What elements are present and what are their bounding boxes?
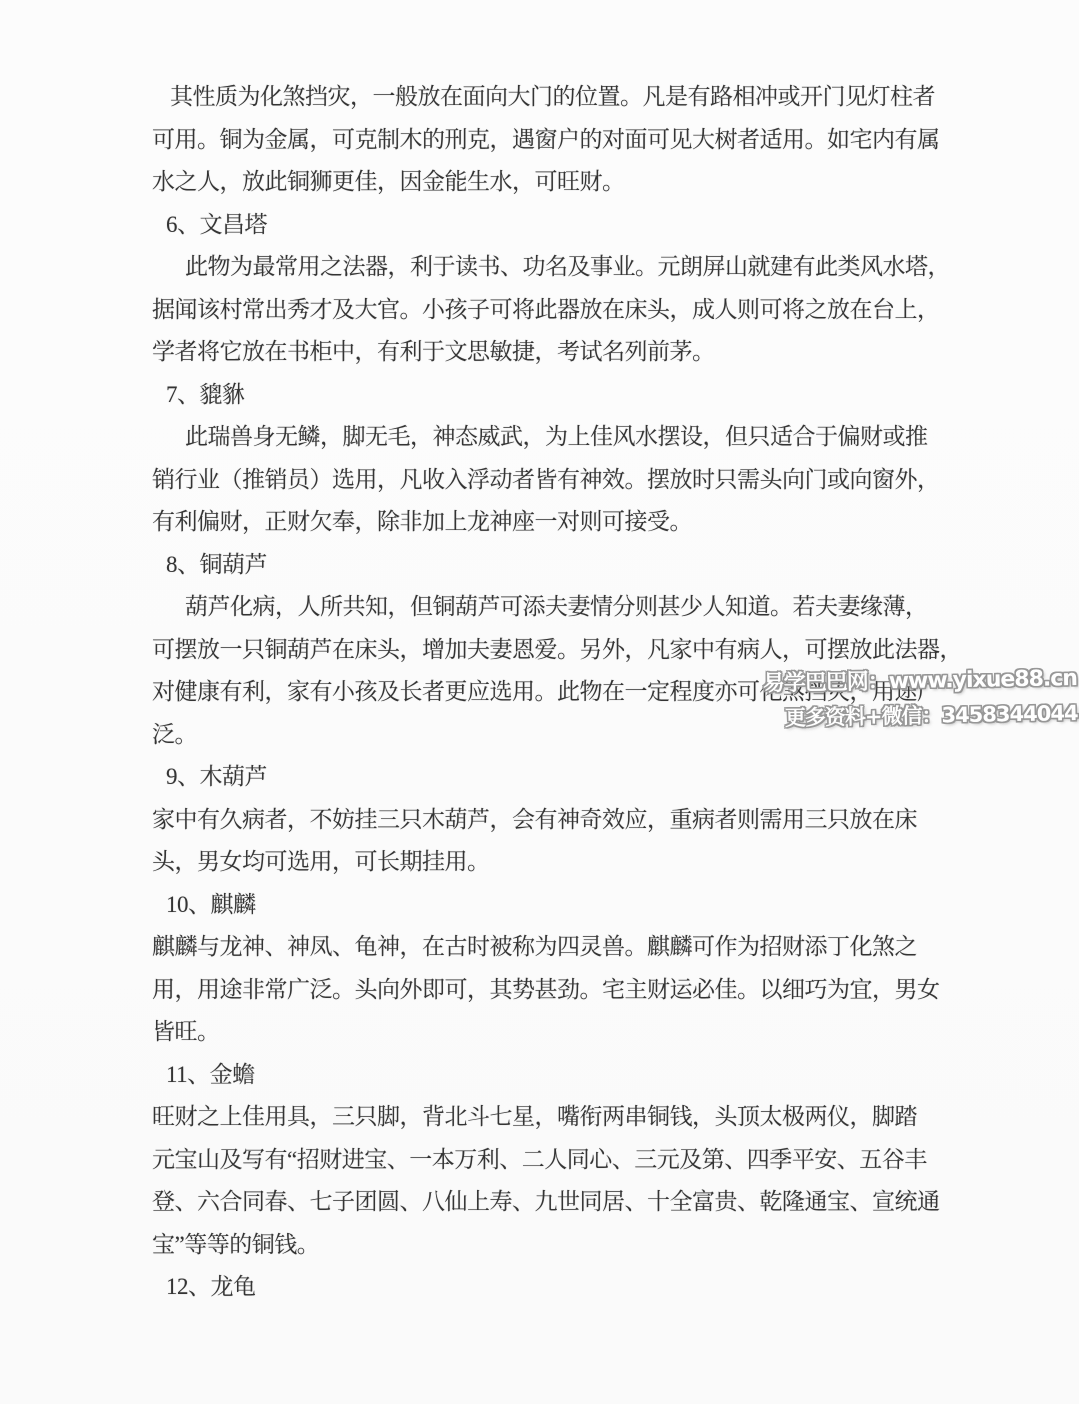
paragraph-line: 水之人，放此铜狮更佳，因金能生水，可旺财。 [152, 161, 1012, 204]
paragraph-line: 用，用途非常广泛。头向外即可，其势甚劲。宅主财运必佳。以细巧为宜，男女 [152, 969, 1012, 1012]
section-heading-jinchan: 11、金蟾 [152, 1054, 1012, 1097]
paragraph-line: 皆旺。 [152, 1011, 1012, 1054]
paragraph-line: 头，男女均可选用，可长期挂用。 [152, 841, 1012, 884]
paragraph-line: 其性质为化煞挡灾，一般放在面向大门的位置。凡是有路相冲或开门见灯柱者 [152, 76, 1012, 119]
section-heading-qilin: 10、麒麟 [152, 884, 1012, 927]
paragraph-line: 可摆放一只铜葫芦在床头，增加夫妻恩爱。另外，凡家中有病人，可摆放此法器， [152, 629, 1012, 672]
paragraph-line: 可用。铜为金属，可克制木的刑克，遇窗户的对面可见大树者适用。如宅内有属 [152, 119, 1012, 162]
paragraph-line: 家中有久病者，不妨挂三只木葫芦，会有神奇效应，重病者则需用三只放在床 [152, 799, 1012, 842]
section-heading-wenchangta: 6、文昌塔 [152, 204, 1012, 247]
paragraph-line: 宝”等等的铜钱。 [152, 1224, 1012, 1267]
paragraph-line: 对健康有利，家有小孩及长者更应选用。此物在一定程度亦可化煞挡灾，用途广 [152, 671, 1012, 714]
paragraph-line: 泛。 [152, 714, 1012, 757]
paragraph-line: 此瑞兽身无鳞，脚无毛，神态威武，为上佳风水摆设，但只适合于偏财或推 [152, 416, 1012, 459]
paragraph-line: 销行业（推销员）选用，凡收入浮动者皆有神效。摆放时只需头向门或向窗外， [152, 459, 1012, 502]
document-body: 其性质为化煞挡灾，一般放在面向大门的位置。凡是有路相冲或开门见灯柱者 可用。铜为… [152, 76, 1012, 1309]
document-page: 其性质为化煞挡灾，一般放在面向大门的位置。凡是有路相冲或开门见灯柱者 可用。铜为… [0, 0, 1079, 1404]
paragraph-line: 据闻该村常出秀才及大官。小孩子可将此器放在床头，成人则可将之放在台上， [152, 289, 1012, 332]
paragraph-line: 麒麟与龙神、神凤、龟神，在古时被称为四灵兽。麒麟可作为招财添丁化煞之 [152, 926, 1012, 969]
paragraph-line: 此物为最常用之法器，利于读书、功名及事业。元朗屏山就建有此类风水塔， [152, 246, 1012, 289]
section-heading-muhulu: 9、木葫芦 [152, 756, 1012, 799]
paragraph-line: 登、六合同春、七子团圆、八仙上寿、九世同居、十全富贵、乾隆通宝、宣统通 [152, 1181, 1012, 1224]
paragraph-line: 有利偏财，正财欠奉，除非加上龙神座一对则可接受。 [152, 501, 1012, 544]
paragraph-line: 葫芦化病，人所共知，但铜葫芦可添夫妻情分则甚少人知道。若夫妻缘薄， [152, 586, 1012, 629]
section-heading-pixiu: 7、貔貅 [152, 374, 1012, 417]
section-heading-tonghulu: 8、铜葫芦 [152, 544, 1012, 587]
paragraph-line: 旺财之上佳用具，三只脚，背北斗七星，嘴衔两串铜钱，头顶太极两仪，脚踏 [152, 1096, 1012, 1139]
paragraph-line: 学者将它放在书柜中，有利于文思敏捷，考试名列前茅。 [152, 331, 1012, 374]
paragraph-line: 元宝山及写有“招财进宝、一本万利、二人同心、三元及第、四季平安、五谷丰 [152, 1139, 1012, 1182]
section-heading-longgui: 12、龙龟 [152, 1266, 1012, 1309]
